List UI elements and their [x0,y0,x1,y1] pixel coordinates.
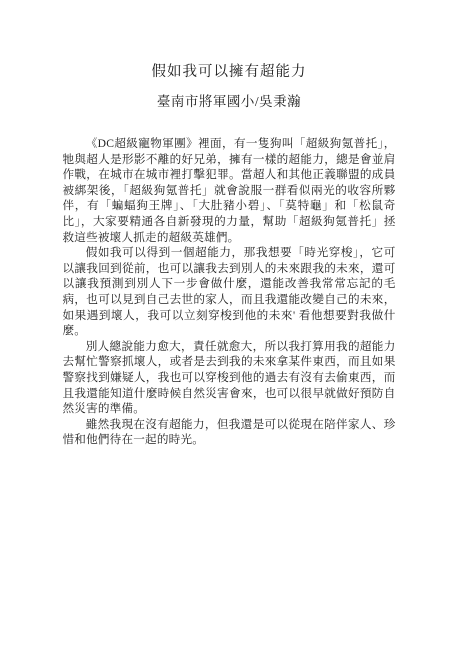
paragraph: 假如我可以得到一個超能力，那我想要「時光穿梭」，它可以讓我回到從前，也可以讓我去… [63,245,396,339]
paragraph: 別人總說能力愈大，責任就愈大，所以我打算用我的超能力去幫忙警察抓壞人，或者是去到… [63,339,396,417]
essay-body: 《DC超級寵物軍團》裡面，有一隻狗叫「超級狗氪普托」，牠與超人是形影不離的好兄弟… [63,136,396,448]
page-title: 假如我可以擁有超能力 [0,0,458,81]
byline: 臺南市將軍國小/吳秉瀚 [0,94,458,110]
paragraph: 《DC超級寵物軍團》裡面，有一隻狗叫「超級狗氪普托」，牠與超人是形影不離的好兄弟… [63,136,396,245]
document-page: 假如我可以擁有超能力 臺南市將軍國小/吳秉瀚 《DC超級寵物軍團》裡面，有一隻狗… [0,0,458,648]
paragraph: 雖然我現在沒有超能力，但我還是可以從現在陪伴家人、珍惜和他們待在一起的時光。 [63,417,396,448]
